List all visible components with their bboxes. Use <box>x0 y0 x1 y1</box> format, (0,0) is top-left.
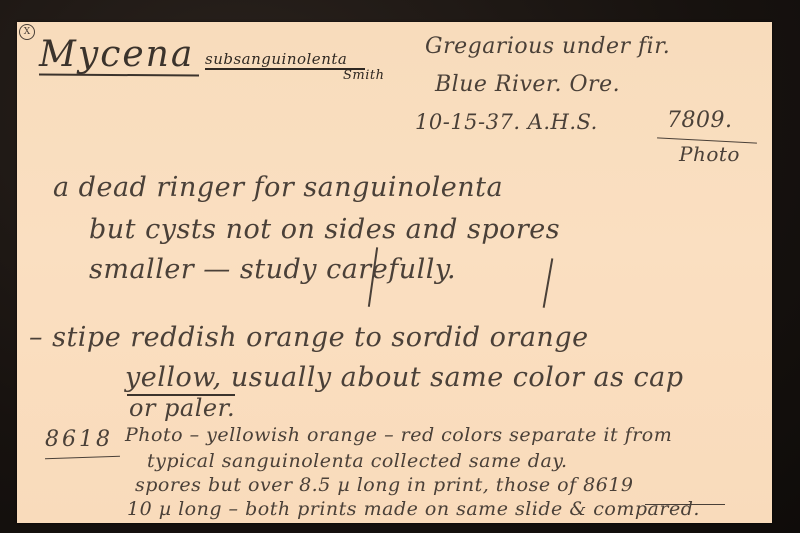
photo-note-line-3: spores but over 8.5 µ long in print, tho… <box>135 474 634 496</box>
photo-note-line-4: 10 µ long – both prints made on same sli… <box>127 498 700 520</box>
collection-number: 7809. <box>667 108 732 133</box>
reference-underline <box>45 456 120 460</box>
species-epithet: subsanguinolenta <box>205 50 347 68</box>
descender-stroke <box>543 258 553 308</box>
stipe-line-3: or paler. <box>129 394 235 422</box>
genus-underline <box>39 73 199 76</box>
stipe-line-1: – stipe reddish orange to sordid orange <box>29 322 589 353</box>
species-underline <box>205 68 365 70</box>
photo-note-line-1: Photo – yellowish orange – red colors se… <box>125 424 672 446</box>
stipe-color-emphasis: yellow, <box>125 362 222 393</box>
stipe-color-rest: usually about same color as cap <box>231 362 684 393</box>
collection-date-collector: 10-15-37. A.H.S. <box>415 110 598 134</box>
corner-mark: X <box>19 24 35 40</box>
stipe-line-2: yellow, usually about same color as cap <box>125 362 684 393</box>
note-line-1: a dead ringer for sanguinolenta <box>53 172 503 203</box>
photo-note-line-2: typical sanguinolenta collected same day… <box>147 450 568 472</box>
specimen-note-card: X Mycena subsanguinolenta Smith Gregario… <box>17 22 772 523</box>
note-line-2: but cysts not on sides and spores <box>89 214 560 245</box>
note-line-3: smaller — study carefully. <box>89 254 456 285</box>
locality: Blue River. Ore. <box>435 72 620 97</box>
genus-name: Mycena <box>39 34 194 75</box>
species-authority: Smith <box>343 68 385 83</box>
photo-reference-number: 8618 <box>45 427 113 452</box>
habitat-note: Gregarious under fir. <box>425 34 670 59</box>
photo-tag: Photo <box>679 142 740 166</box>
